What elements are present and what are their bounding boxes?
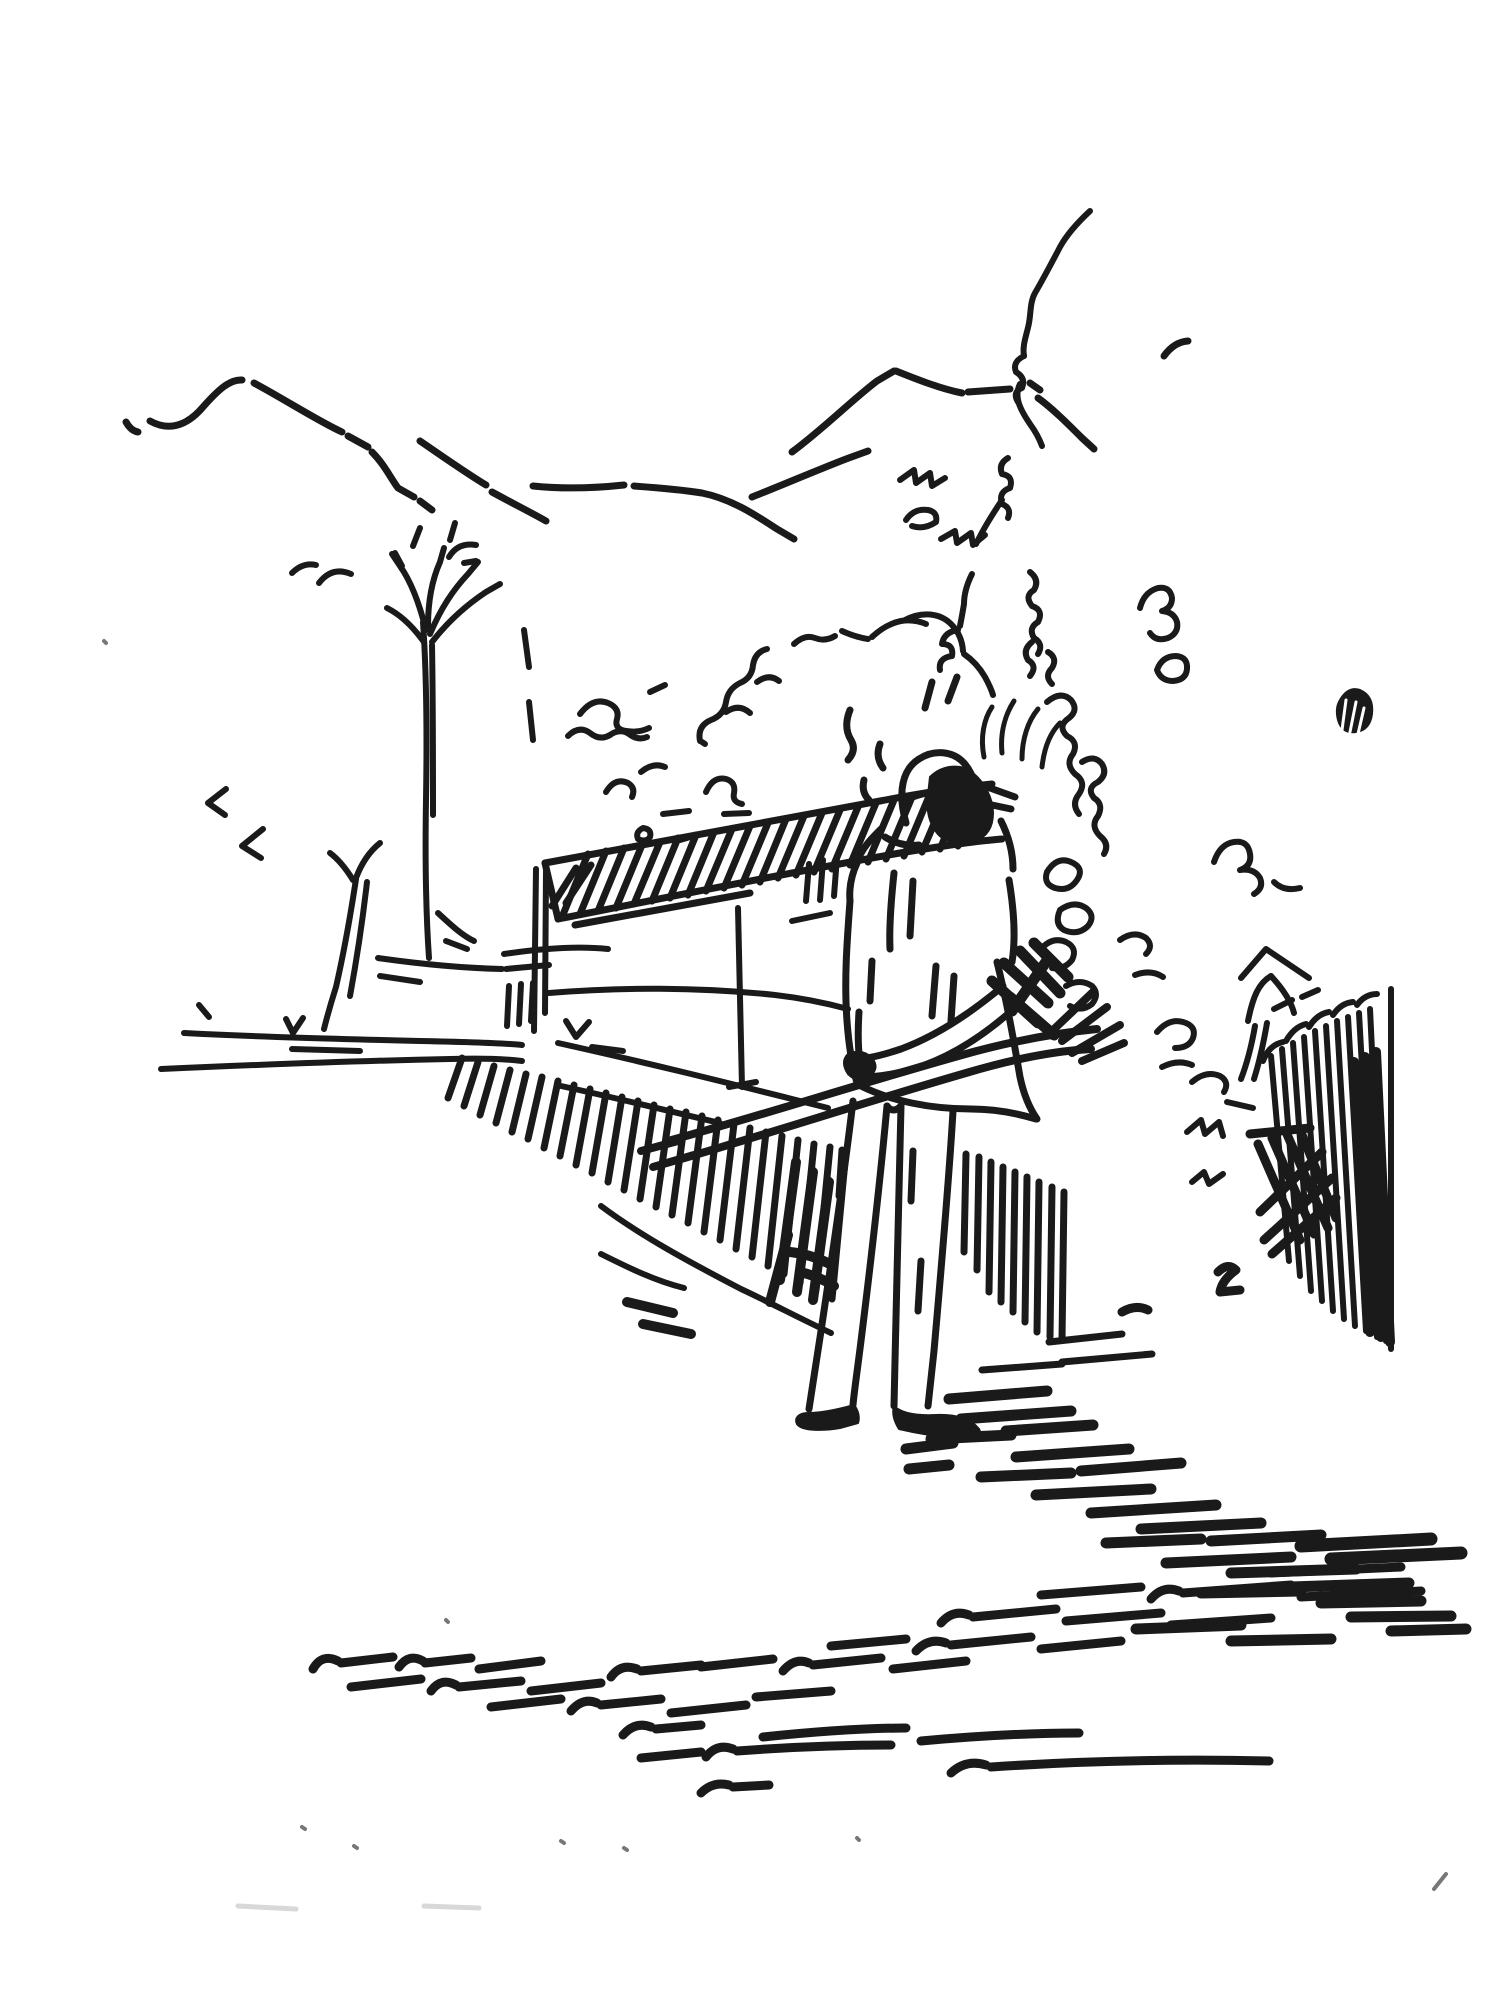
stick-tips [982, 701, 1060, 767]
cast-shadow [906, 1391, 1466, 1641]
sketch-page [0, 0, 1500, 2000]
bushes-right [1040, 695, 1300, 1184]
scribble-tree [900, 211, 1187, 684]
picket-fence [964, 1154, 1152, 1370]
mountain-ridges [126, 341, 1188, 539]
ink-sketch-canvas [0, 0, 1500, 2000]
cast-shadow-heavy [1301, 1539, 1461, 1559]
bare-trees [208, 523, 533, 1029]
ink-sketch-figure [0, 0, 1500, 2000]
foot-path [313, 1567, 1421, 1793]
axe-tool [1241, 949, 1309, 1079]
hut-structure [438, 869, 848, 1123]
rock-cascade-dark [1354, 1052, 1390, 1342]
paper-smudges [238, 1906, 479, 1909]
